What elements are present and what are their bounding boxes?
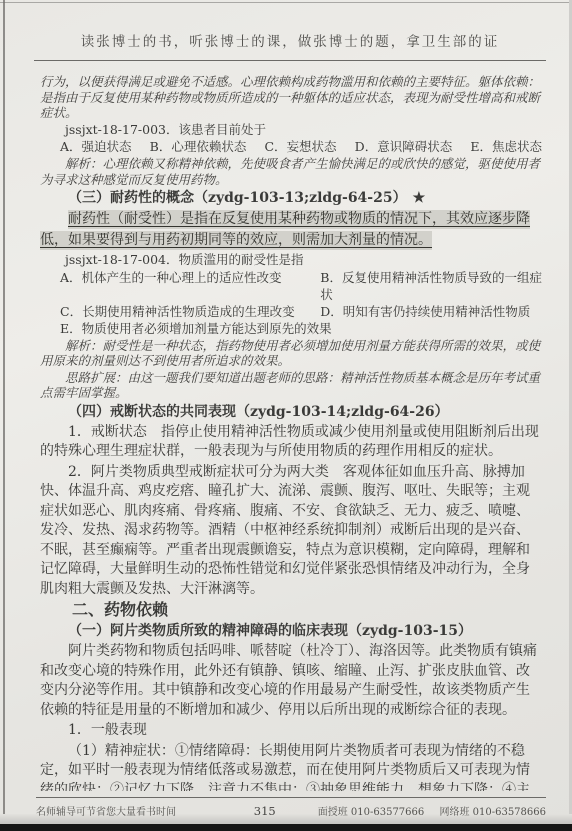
- question-004-stem: jssjxt-18-17-004．物质滥用的耐受性是指: [40, 252, 542, 268]
- withdrawal-state-paragraph: 1．戒断状态 指停止使用精神活性物质或减少使用剂量或使用阻断剂后出现的特殊心理生…: [40, 423, 542, 462]
- footer-contact: 面授班 010-63577666 网络班 010-63578666: [306, 803, 546, 818]
- drug-dependence-heading: 二、药物依赖: [40, 600, 542, 620]
- option-003-c: C．妄想状态: [264, 138, 336, 155]
- opioid-substances-paragraph: 阿片类药物和物质包括吗啡、哌替啶（杜冷丁）、海洛因等。此类物质有镇痛和改变心境的…: [40, 642, 542, 720]
- section-3-heading-text: （三）耐药性的概念（zydg-103-13;zldg-64-25）: [68, 190, 407, 206]
- tolerance-definition-highlight: 耐药性（耐受性）是指在反复使用某种药物或物质的情况下，其效应逐步降低，如果要得到…: [40, 210, 530, 250]
- opioid-disorder-subheading: （一）阿片类物质所致的精神障碍的临床表现（zydg-103-15）: [40, 621, 542, 641]
- scan-bottom-edge: [0, 824, 572, 831]
- section-4-heading: （四）戒断状态的共同表现（zydg-103-14;zldg-64-26）: [40, 402, 542, 422]
- header-rule: [34, 60, 546, 61]
- footer-page-number: 315: [248, 804, 282, 818]
- option-004-e: E．物质使用者必须增加剂量方能达到原先的效果: [60, 320, 542, 337]
- analysis-003: 解析：心理依赖又称精神依赖，先使吸食者产生愉快满足的或欣快的感觉，驱使使用者为寻…: [40, 156, 542, 187]
- general-manifestation-heading: 1．一般表现: [40, 721, 542, 741]
- page-body: 行为，以便获得满足或避免不适感。心理依赖构成药物滥用和依赖的主要特征。躯体依赖：…: [40, 74, 542, 791]
- carryover-paragraph: 行为，以便获得满足或避免不适感。心理依赖构成药物滥用和依赖的主要特征。躯体依赖：…: [40, 74, 542, 121]
- option-003-a: A．强迫状态: [60, 138, 132, 155]
- thought-extension-note: 思路扩展：由这一题我们要知道出题老师的思路：精神活性物质基本概念是历年考试重点需…: [40, 370, 542, 401]
- option-003-b: B．心理依赖状态: [150, 138, 247, 155]
- option-004-d: D．明知有害仍持续使用精神活性物质: [320, 303, 542, 320]
- section-3-heading: （三）耐药性的概念（zydg-103-13;zldg-64-25）★: [40, 188, 542, 208]
- option-003-d: D．意识障碍状态: [355, 138, 453, 155]
- option-004-a: A．机体产生的一种心理上的适应性改变: [60, 269, 320, 303]
- footer-left-slogan: 名师辅导可节省您大量看书时间: [36, 803, 272, 818]
- header-slogan: 读张博士的书，听张博士的课，做张博士的题，拿卫生部的证: [36, 30, 544, 50]
- question-003-stem: jssjxt-18-17-003．该患者目前处于: [40, 122, 542, 138]
- mental-symptoms-paragraph: （1）精神症状：①情绪障碍：长期使用阿片类物质者可表现为情绪的不稳定，如平时一般…: [40, 742, 542, 792]
- footer-face-class-phone: 面授班 010-63577666: [318, 807, 425, 818]
- page-footer: 名师辅导可节省您大量看书时间 315 面授班 010-63577666 网络班 …: [36, 797, 546, 818]
- option-003-e: E．焦虑状态: [470, 138, 542, 155]
- question-004-options: A．机体产生的一种心理上的适应性改变 B．反复使用精神活性物质导致的一组症状 C…: [40, 269, 542, 337]
- footer-online-class-phone: 网络班 010-63578666: [439, 807, 546, 818]
- question-003-options: A．强迫状态 B．心理依赖状态 C．妄想状态 D．意识障碍状态 E．焦虑状态: [40, 138, 542, 155]
- scan-left-edge: [3, 0, 5, 831]
- analysis-004: 解析：耐受性是一种状态，指药物使用者必须增加使用剂量方能获得所需的效果，或使用原…: [40, 338, 542, 369]
- scan-top-edge: [0, 2, 572, 3]
- star-icon: ★: [413, 190, 426, 206]
- option-004-c: C．长期使用精神活性物质造成的生理改变: [60, 303, 320, 320]
- opioid-withdrawal-paragraph: 2．阿片类物质典型戒断症状可分为两大类 客观体征如血压升高、脉搏加快、体温升高、…: [40, 463, 542, 600]
- scanned-book-page: 读张博士的书，听张博士的课，做张博士的题，拿卫生部的证 行为，以便获得满足或避免…: [0, 0, 572, 831]
- tolerance-definition-paragraph: 耐药性（耐受性）是指在反复使用某种药物或物质的情况下，其效应逐步降低，如果要得到…: [40, 209, 542, 251]
- option-004-b: B．反复使用精神活性物质导致的一组症状: [320, 269, 542, 303]
